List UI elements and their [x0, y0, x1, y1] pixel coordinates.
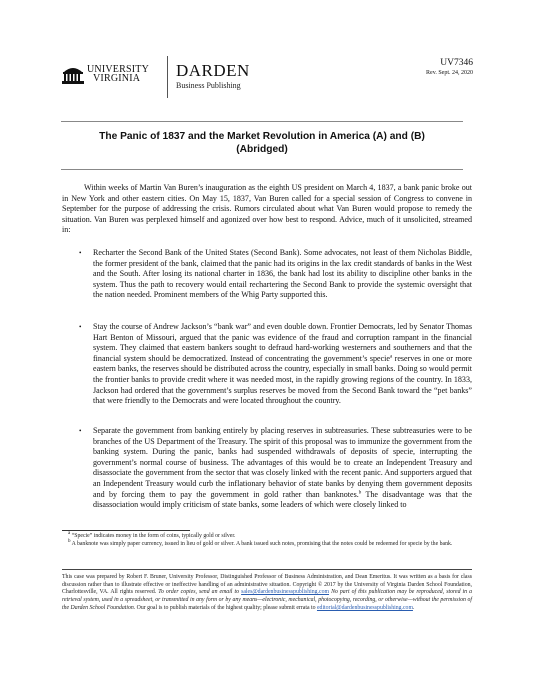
document-identifier: UV7346 Rev. Sept. 24, 2020 — [426, 58, 473, 77]
advice-list-item-1: • Recharter the Second Bank of the Unite… — [62, 248, 472, 301]
copyright-notice: This case was prepared by Robert F. Brun… — [62, 574, 472, 613]
copyright-separator — [62, 569, 472, 570]
list-item-text: Recharter the Second Bank of the United … — [93, 248, 472, 299]
title-line-2: (Abridged) — [61, 143, 463, 156]
list-item: • Stay the course of Andrew Jackson’s “b… — [62, 322, 472, 407]
order-copies-text: To order copies, send an email to — [158, 589, 239, 595]
intro-paragraph: Within weeks of Martin Van Buren’s inaug… — [62, 183, 472, 236]
revision-date: Rev. Sept. 24, 2020 — [426, 69, 473, 77]
footnote-text: A banknote was simply paper currency, is… — [71, 541, 453, 547]
title-bottom-rule — [61, 169, 463, 170]
footnote-separator — [62, 530, 190, 531]
bullet-icon: • — [79, 248, 81, 259]
bullet-icon: • — [79, 426, 81, 437]
document-title: The Panic of 1837 and the Market Revolut… — [61, 130, 463, 156]
university-wordmark-line2: VIRGINIA — [87, 74, 149, 83]
footnotes: a “Specie” indicates money in the form o… — [62, 533, 472, 548]
advice-list-item-3: • Separate the government from banking e… — [62, 426, 472, 511]
errata-text: Our goal is to publish materials of the … — [135, 605, 317, 611]
list-item: • Recharter the Second Bank of the Unite… — [62, 248, 472, 301]
rotunda-icon — [62, 64, 84, 84]
title-top-rule — [61, 121, 463, 122]
darden-business-publishing-logo: DARDEN Business Publishing — [176, 62, 250, 91]
title-line-1: The Panic of 1837 and the Market Revolut… — [61, 130, 463, 143]
darden-subtitle: Business Publishing — [176, 81, 250, 91]
university-of-virginia-logo: UNIVERSITY VIRGINIA — [62, 64, 149, 84]
darden-wordmark: DARDEN — [176, 62, 250, 80]
sales-email-link[interactable]: sales@dardenbusinesspublishing.com — [241, 589, 329, 595]
document-number: UV7346 — [426, 58, 473, 69]
logo-divider — [167, 56, 168, 98]
editorial-email-link[interactable]: editorial@dardenbusinesspublishing.com — [317, 605, 413, 611]
footnote-b: b A banknote was simply paper currency, … — [62, 541, 472, 549]
advice-list-item-2: • Stay the course of Andrew Jackson’s “b… — [62, 322, 472, 407]
period: . — [413, 605, 414, 611]
footnote-a: a “Specie” indicates money in the form o… — [62, 533, 472, 541]
list-item-text: Separate the government from banking ent… — [93, 426, 472, 499]
page-header: UNIVERSITY VIRGINIA DARDEN Business Publ… — [60, 52, 480, 102]
bullet-icon: • — [79, 322, 81, 333]
footnote-text: “Specie” indicates money in the form of … — [70, 533, 235, 539]
list-item: • Separate the government from banking e… — [62, 426, 472, 511]
